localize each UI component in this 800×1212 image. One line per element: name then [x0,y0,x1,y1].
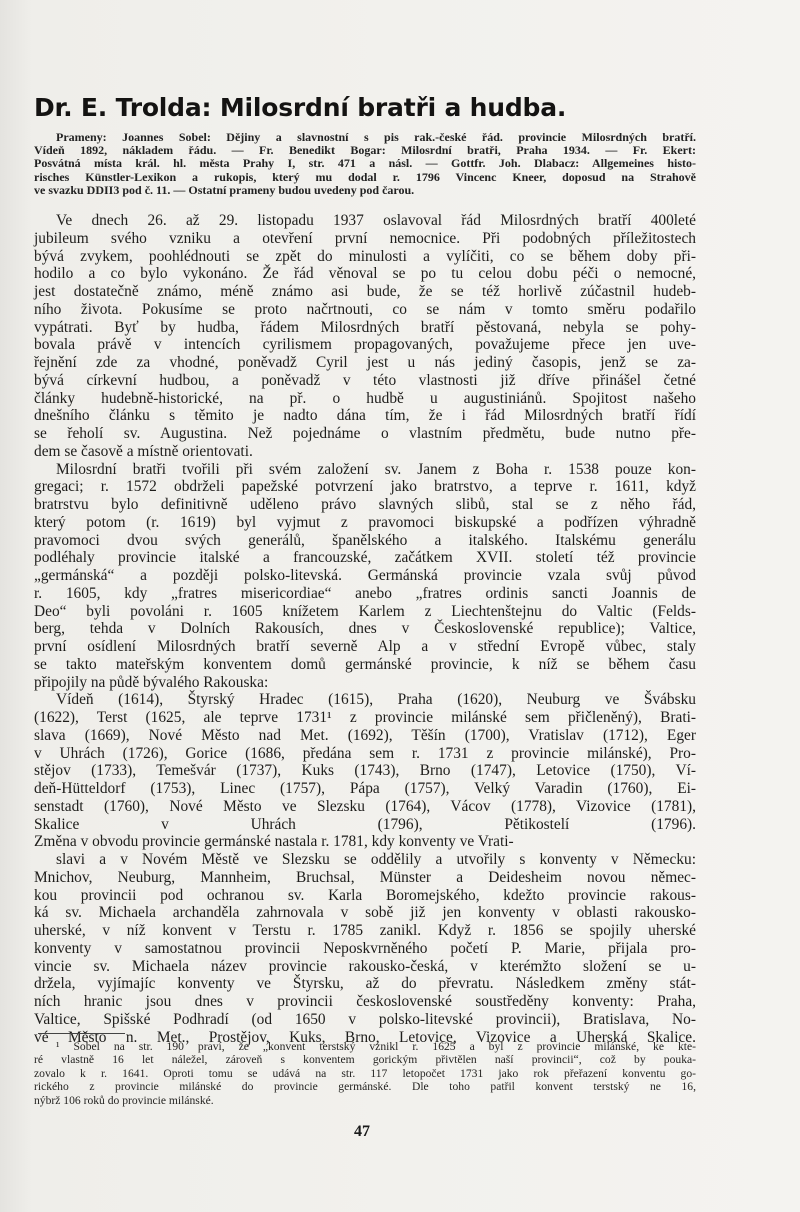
text-line: kou provincii pod ochranou sv. Karla Bor… [34,887,696,905]
text-line: Posvátná místa král. hl. města Prahy I, … [34,157,696,170]
text-line: „germánská“ a později polsko-litevská. G… [34,567,696,585]
text-line: bývá církevní hudbou, a poněvadž v této … [34,372,696,390]
text-line: jest dostatečně známo, méně známo asi bu… [34,283,696,301]
text-line: ních hranic jsou dnes v provincii českos… [34,993,696,1011]
text-line: Valtice, Spišské Podhradí (od 1650 v pol… [34,1011,696,1029]
text-line: vypátrati. Byť by hudba, řádem Milosrdný… [34,319,696,337]
text-line: připojily na půdě bývalého Rakouska: [34,674,696,692]
text-line: jubileum svého vzniku a otevření první n… [34,230,696,248]
text-line: články hudebně-historické, na př. o hudb… [34,390,696,408]
text-line: Vídeň (1614), Štyrský Hradec (1615), Pra… [34,691,696,709]
text-line: deň-Hütteldorf (1753), Linec (1757), Páp… [34,780,696,798]
text-line: Změna v obvodu provincie germánské nasta… [34,833,696,851]
text-line: řejnění zde za vhodné, poněvadž Cyril je… [34,354,696,372]
text-line: první osídlení Milosrdných bratří severn… [34,638,696,656]
text-line: Mnichov, Neuburg, Mannheim, Bruchsal, Mü… [34,869,696,887]
text-line: bratrstvu bylo definitivně uděleno právo… [34,496,696,514]
text-line: ve svazku DDII3 pod č. 11. — Ostatní pra… [34,184,696,197]
text-line: bývá zvykem, poohlédnouti se zpět do min… [34,248,696,266]
text-line: držela, vyjímajíc konventy ve Štyrsku, a… [34,975,696,993]
text-line: ¹ Sobel na str. 190 praví, že „konvent t… [34,1040,696,1053]
text-line: dnešního článku s těmito je nadto dána t… [34,407,696,425]
text-line: ká sv. Michaela archanděla zahrnovala v … [34,904,696,922]
text-line: dem se časově a místně orientovati. [34,443,696,461]
text-line: ního života. Pokusíme se proto načrtnout… [34,301,696,319]
footnote-divider [38,1033,125,1034]
text-line: Skalice v Uhrách (1796), Pětikostelí (17… [34,816,696,834]
article-title: Dr. E. Trolda: Milosrdní bratři a hudba. [34,93,696,122]
text-line: Deo“ byli povoláni r. 1605 knížetem Karl… [34,603,696,621]
text-line: berg, tehda v Dolních Rakousích, dnes v … [34,620,696,638]
text-line: se takto mateřským konventem domů germán… [34,656,696,674]
text-line: konventy v samostatnou provincii Neposkv… [34,940,696,958]
text-line: ré vlastně 16 let náležel, zároveň s kon… [34,1053,696,1066]
text-line: stějov (1733), Temešvár (1737), Kuks (17… [34,762,696,780]
page-number: 47 [354,1123,370,1141]
text-line: vincie sv. Michaela název provincie rako… [34,958,696,976]
text-line: v Uhrách (1726), Gorice (1686, předána s… [34,745,696,763]
text-line: gregaci; r. 1572 obdrželi papežské potvr… [34,478,696,496]
text-line: hodilo a co bylo vykonáno. Že řád věnova… [34,265,696,283]
text-line: Ve dnech 26. až 29. listopadu 1937 oslav… [34,212,696,230]
text-line: Milosrdní bratři tvořili při svém založe… [34,461,696,479]
text-line: který potom (r. 1619) byl vyjmut z pravo… [34,514,696,532]
article-body: Ve dnech 26. až 29. listopadu 1937 oslav… [34,212,696,1046]
text-line: (1622), Terst (1625, ale teprve 1731¹ z … [34,709,696,727]
text-line: zovalo k r. 1641. Oproti tomu se udává n… [34,1067,696,1080]
text-line: se řeholí sv. Augustina. Než pojednáme o… [34,425,696,443]
text-line: senstadt (1760), Nové Město ve Slezsku (… [34,798,696,816]
text-line: bovala právě v intencích cyrilismem prop… [34,336,696,354]
text-line: risches Künstler-Lexikon a rukopis, kter… [34,171,696,184]
text-line: slavi a v Novém Městě ve Slezsku se oddě… [34,851,696,869]
text-line: rického z provincie milánské do provinci… [34,1080,696,1093]
text-line: r. 1605, kdy „fratres misericordiae“ ane… [34,585,696,603]
text-line: uherské, v níž konvent v Terstu r. 1785 … [34,922,696,940]
text-line: podléhaly provincie italské a francouzsk… [34,549,696,567]
text-line: slava (1669), Nové Město nad Met. (1692)… [34,727,696,745]
text-line: pravomoci dvou svých generálů, španělské… [34,532,696,550]
sources-paragraph: Prameny: Joannes Sobel: Dějiny a slavnos… [34,131,696,197]
text-line: nýbrž 106 roků do provincie milánské. [34,1094,696,1107]
footnotes: ¹ Sobel na str. 190 praví, že „konvent t… [34,1040,696,1107]
